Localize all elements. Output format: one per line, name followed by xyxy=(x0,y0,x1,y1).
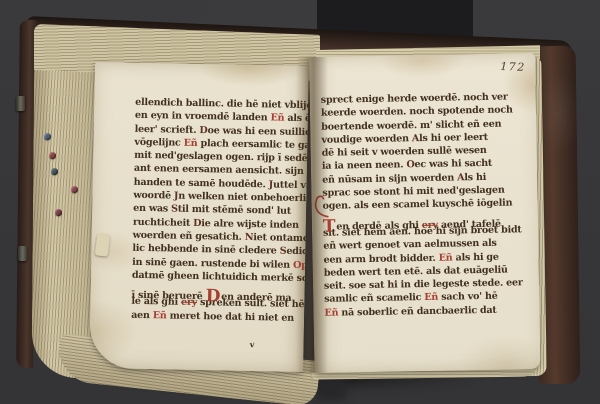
clasp-fitting-top xyxy=(16,96,25,111)
fore-edge-marker-dot xyxy=(71,186,78,193)
manuscript-photo: ellendich ballinc. die hē niet vblijenen… xyxy=(0,0,600,404)
fore-edge-markers xyxy=(0,0,600,404)
fore-edge-marker-dot xyxy=(55,209,62,216)
parchment-bookmark-tab xyxy=(95,233,111,256)
fore-edge-marker-dot xyxy=(44,133,51,140)
fore-edge-marker-dot xyxy=(49,152,56,159)
fore-edge-marker-dot xyxy=(51,168,58,175)
clasp-fitting-bottom xyxy=(18,246,27,261)
